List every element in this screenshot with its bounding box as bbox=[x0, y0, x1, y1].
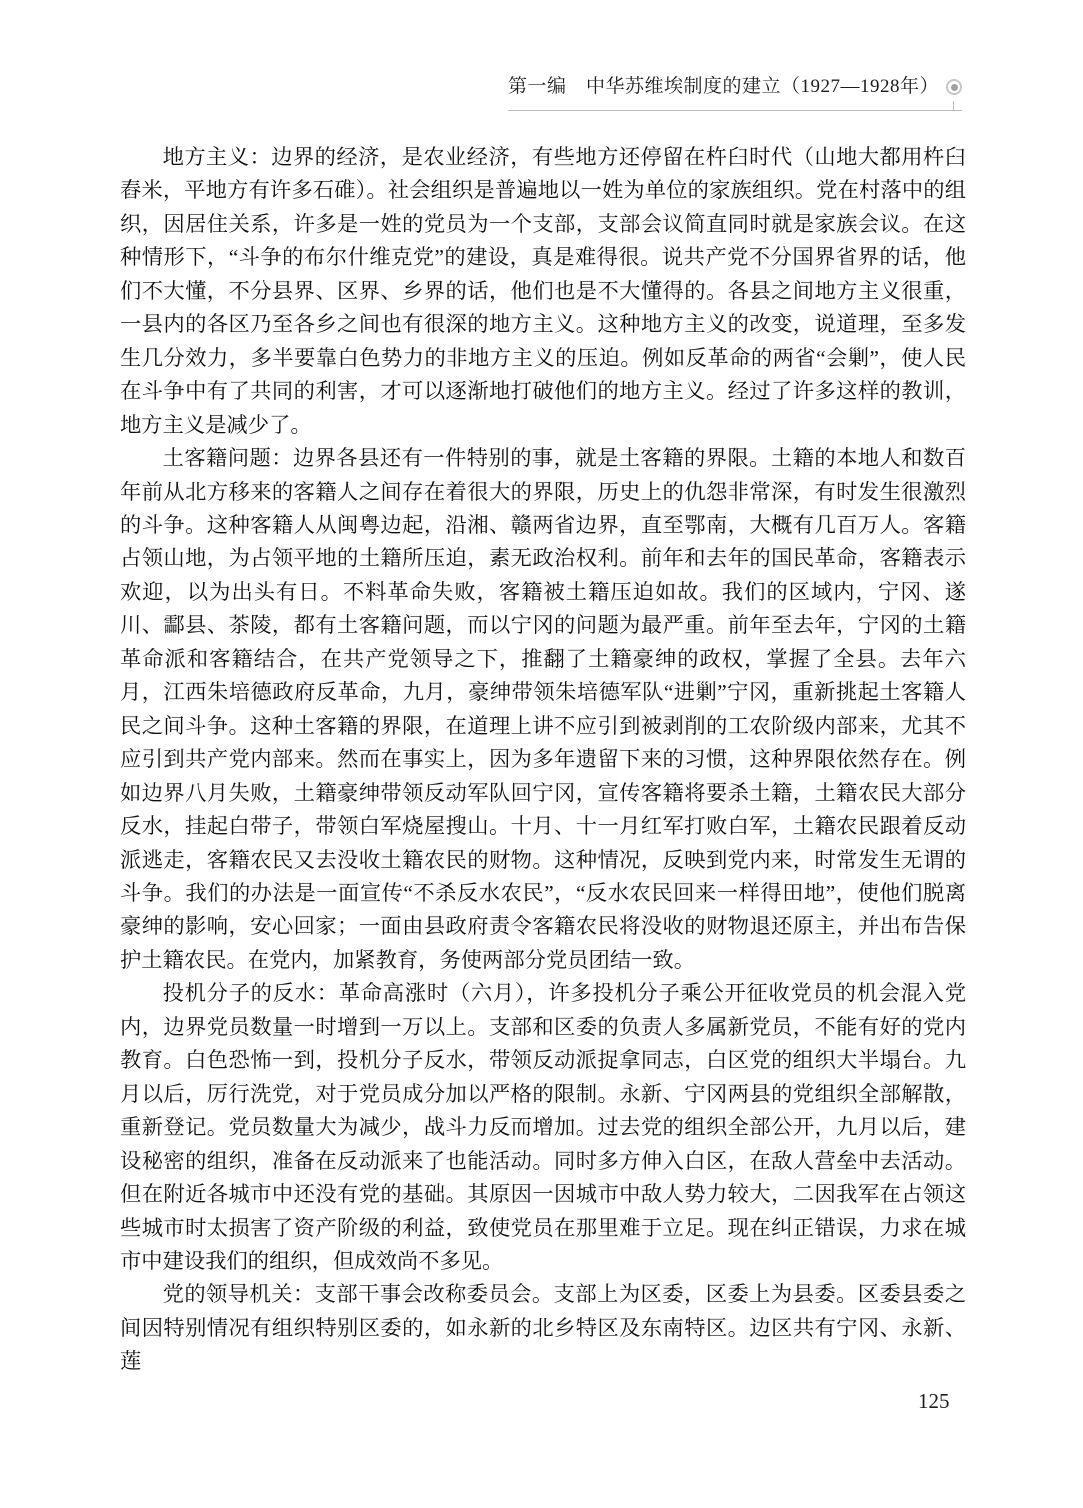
chapter-header-title: 第一编 中华苏维埃制度的建立（1927—1928年） bbox=[508, 74, 939, 100]
book-page: 第一编 中华苏维埃制度的建立（1927—1928年） 地方主义：边界的经济，是农… bbox=[0, 0, 1083, 1508]
paragraph-opportunist-defection: 投机分子的反水：革命高涨时（六月），许多投机分子乘公开征收党员的机会混入党内，边… bbox=[120, 977, 966, 1278]
running-header: 第一编 中华苏维埃制度的建立（1927—1928年） bbox=[508, 74, 962, 111]
paragraph-localism: 地方主义：边界的经济，是农业经济，有些地方还停留在杵臼时代（山地大都用杵臼舂米，… bbox=[120, 141, 966, 442]
paragraph-native-settler-question: 土客籍问题：边界各县还有一件特别的事，就是土客籍的界限。土籍的本地人和数百年前从… bbox=[120, 442, 966, 977]
chapter-bullet-icon bbox=[946, 79, 962, 95]
paragraph-party-leading-organs: 党的领导机关：支部干事会改称委员会。支部上为区委，区委上为县委。区委县委之间因特… bbox=[120, 1278, 966, 1378]
chapter-bullet-dot-icon bbox=[951, 84, 958, 91]
page-number: 125 bbox=[918, 1389, 950, 1413]
page-body: 地方主义：边界的经济，是农业经济，有些地方还停留在杵臼时代（山地大都用杵臼舂米，… bbox=[120, 141, 966, 1379]
